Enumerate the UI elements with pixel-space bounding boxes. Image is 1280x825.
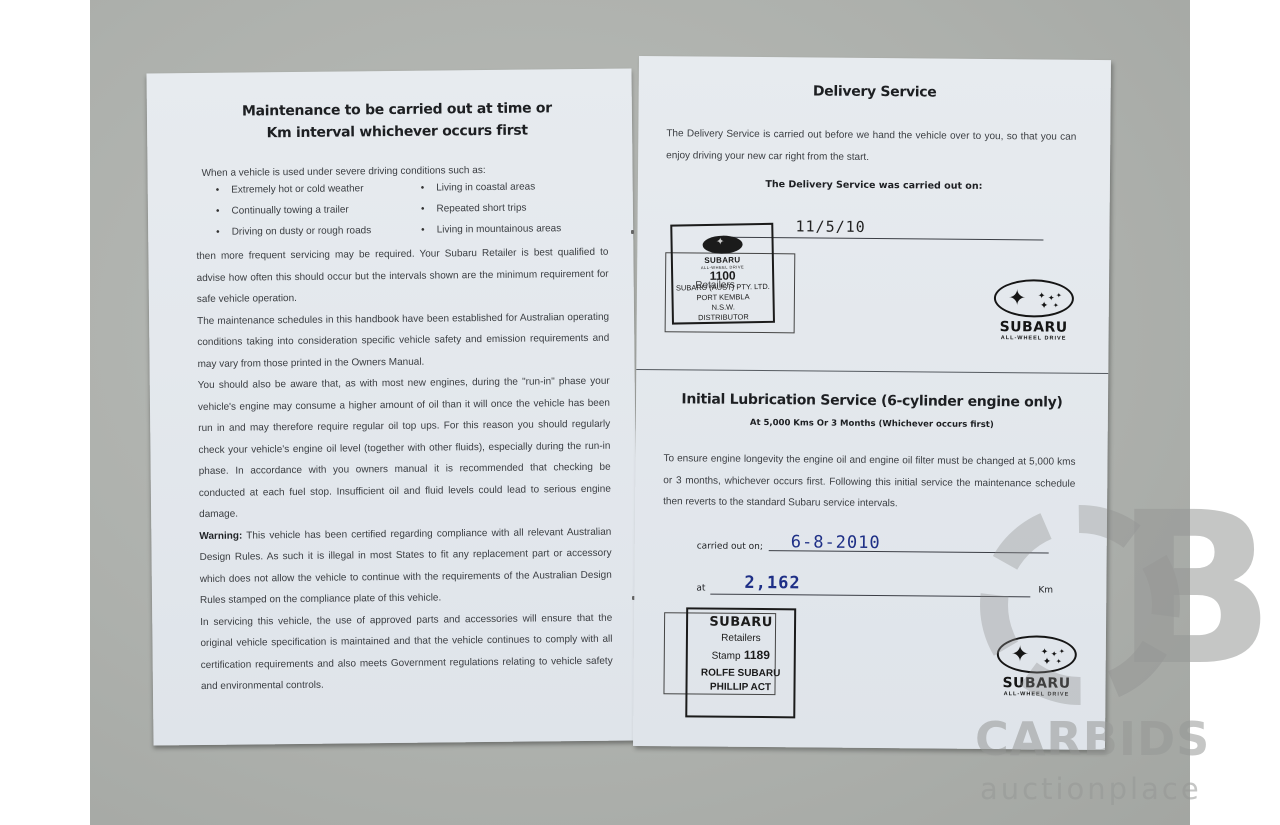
staple-icon: [631, 230, 634, 234]
paragraph-warning: Warning: This vehicle has been certified…: [199, 521, 612, 611]
paragraph-schedules: The maintenance schedules in this handbo…: [197, 306, 610, 375]
lubrication-service-subtitle: At 5,000 Kms Or 3 Months (Whichever occu…: [636, 417, 1108, 431]
condition-item: Living in mountainous areas: [421, 218, 581, 241]
stamp-overprint: Retailers: [695, 280, 735, 291]
watermark-brand: CARBIDS: [975, 712, 1210, 766]
delivery-date-handwritten: 11/5/10: [795, 217, 865, 236]
title-line-2: Km interval whichever occurs first: [187, 119, 607, 145]
stamp-dealer-city: PHILLIP ACT: [687, 681, 793, 693]
at-label: at: [696, 583, 705, 593]
left-page-title: Maintenance to be carried out at time or…: [187, 97, 607, 145]
stamp-dealer-name: ROLFE SUBARU: [688, 667, 794, 679]
left-page: Maintenance to be carried out at time or…: [146, 68, 638, 745]
paragraph-servicing: then more frequent servicing may be requ…: [196, 242, 609, 311]
delivery-service-intro: The Delivery Service is carried out befo…: [666, 123, 1076, 170]
subaru-logo: ✦ ✦ ✦ ✦ ✦ ✦ SUBARU ALL-WHEEL DRIVE: [989, 279, 1080, 342]
watermark-tagline: auctionplace: [980, 772, 1202, 806]
stamp-number-row: Stamp 1189: [688, 647, 794, 662]
paragraph-approved-parts: In servicing this vehicle, the use of ap…: [200, 607, 613, 697]
stamp-overprint-stamp: Stamp: [712, 651, 741, 662]
stamp-overprint-retailers: Retailers: [688, 632, 794, 644]
warning-text: This vehicle has been certified regardin…: [200, 526, 612, 606]
carried-out-label: carried out on;: [697, 541, 763, 552]
maintenance-paragraphs: then more frequent servicing may be requ…: [196, 242, 613, 698]
condition-item: Driving on dusty or rough roads: [216, 220, 421, 243]
stamp-line-1: SUBARU (AUST) PTY. LTD. Retailers: [673, 282, 772, 294]
condition-item: Repeated short trips: [421, 197, 581, 220]
title-line-1: Maintenance to be carried out at time or: [187, 97, 607, 123]
stamp-line-4: DISTRIBUTOR: [674, 312, 773, 324]
odometer-handwritten: 2,162: [744, 573, 800, 593]
condition-item: Continually towing a trailer: [216, 199, 421, 222]
watermark-b-letter: B: [1115, 485, 1275, 695]
lubrication-service-title: Initial Lubrication Service (6-cylinder …: [636, 391, 1108, 411]
delivery-carried-out-label: The Delivery Service was carried out on:: [638, 178, 1110, 193]
conditions-list: Extremely hot or cold weather Living in …: [216, 176, 577, 243]
paragraph-run-in: You should also be aware that, as with m…: [198, 371, 612, 526]
subaru-pleiades-icon: ✦ ✦ ✦ ✦ ✦ ✦: [994, 279, 1074, 318]
subaru-star-icon: [702, 235, 742, 254]
condition-item: Extremely hot or cold weather: [216, 178, 421, 201]
condition-item: Living in coastal areas: [421, 176, 581, 199]
awd-tagline: ALL-WHEEL DRIVE: [989, 335, 1079, 342]
delivery-service-title: Delivery Service: [639, 82, 1111, 102]
retailer-stamp-delivery: SUBARU ALL-WHEEL DRIVE 1100 SUBARU (AUST…: [670, 223, 775, 325]
warning-label: Warning:: [199, 530, 242, 541]
stamp-number: 1189: [744, 648, 770, 662]
retailer-stamp-lubrication: SUBARU Retailers Stamp 1189 ROLFE SUBARU…: [685, 607, 796, 718]
subaru-wordmark: SUBARU: [989, 319, 1079, 336]
stamp-brand: SUBARU: [688, 614, 794, 630]
section-divider: [636, 369, 1108, 374]
